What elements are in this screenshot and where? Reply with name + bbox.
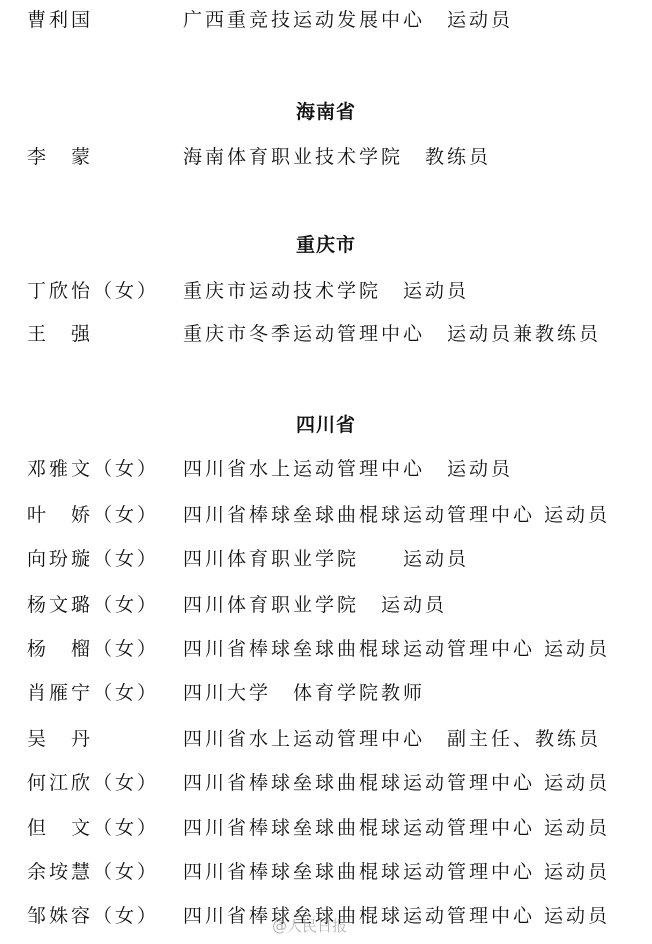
list-item: 何江欣（女） 四川省棒球垒球曲棍球运动管理中心 运动员 <box>0 768 652 798</box>
person-name: 吴 丹 <box>27 724 93 754</box>
person-org: 海南体育职业技术学院 教练员 <box>183 142 491 172</box>
list-item: 丁欣怡（女） 重庆市运动技术学院 运动员 <box>0 276 652 306</box>
person-name: 杨 榴（女） <box>27 634 159 664</box>
person-name: 曹利国 <box>27 5 93 35</box>
person-name: 王 强 <box>27 319 93 349</box>
section-heading-chongqing: 重庆市 <box>0 230 652 260</box>
person-name: 余垵慧（女） <box>27 857 159 887</box>
person-org: 四川省棒球垒球曲棍球运动管理中心 运动员 <box>183 813 610 843</box>
person-name: 肖雁宁（女） <box>27 678 159 708</box>
person-org: 四川省棒球垒球曲棍球运动管理中心 运动员 <box>183 500 610 530</box>
person-org: 四川省棒球垒球曲棍球运动管理中心 运动员 <box>183 768 610 798</box>
list-item: 余垵慧（女） 四川省棒球垒球曲棍球运动管理中心 运动员 <box>0 857 652 887</box>
list-item: 向玢璇（女） 四川体育职业学院 运动员 <box>0 544 652 574</box>
person-org: 四川大学 体育学院教师 <box>183 678 425 708</box>
person-org: 四川体育职业学院 运动员 <box>183 590 447 620</box>
list-item: 吴 丹 四川省水上运动管理中心 副主任、教练员 <box>0 724 652 754</box>
person-org: 四川省水上运动管理中心 副主任、教练员 <box>183 724 601 754</box>
list-item: 肖雁宁（女） 四川大学 体育学院教师 <box>0 678 652 708</box>
person-org: 四川省棒球垒球曲棍球运动管理中心 运动员 <box>183 634 610 664</box>
list-item: 邓雅文（女） 四川省水上运动管理中心 运动员 <box>0 454 652 484</box>
person-org: 广西重竞技运动发展中心 运动员 <box>183 5 513 35</box>
person-name: 李 蒙 <box>27 142 93 172</box>
list-item: 曹利国 广西重竞技运动发展中心 运动员 <box>0 5 652 35</box>
watermark: @人民日报 <box>272 915 347 936</box>
person-name: 向玢璇（女） <box>27 544 159 574</box>
person-name: 丁欣怡（女） <box>27 276 159 306</box>
list-item: 杨文璐（女） 四川体育职业学院 运动员 <box>0 590 652 620</box>
section-heading-sichuan: 四川省 <box>0 410 652 440</box>
person-org: 四川省棒球垒球曲棍球运动管理中心 运动员 <box>183 857 610 887</box>
list-item: 但 文（女） 四川省棒球垒球曲棍球运动管理中心 运动员 <box>0 813 652 843</box>
person-org: 四川省水上运动管理中心 运动员 <box>183 454 513 484</box>
list-item: 王 强 重庆市冬季运动管理中心 运动员兼教练员 <box>0 319 652 349</box>
person-name: 何江欣（女） <box>27 768 159 798</box>
person-name: 杨文璐（女） <box>27 590 159 620</box>
section-heading-hainan: 海南省 <box>0 97 652 127</box>
person-org: 重庆市运动技术学院 运动员 <box>183 276 469 306</box>
person-org: 四川体育职业学院 运动员 <box>183 544 469 574</box>
list-item: 李 蒙 海南体育职业技术学院 教练员 <box>0 142 652 172</box>
list-item: 杨 榴（女） 四川省棒球垒球曲棍球运动管理中心 运动员 <box>0 634 652 664</box>
person-name: 邓雅文（女） <box>27 454 159 484</box>
person-name: 叶 娇（女） <box>27 500 159 530</box>
list-item: 叶 娇（女） 四川省棒球垒球曲棍球运动管理中心 运动员 <box>0 500 652 530</box>
person-org: 重庆市冬季运动管理中心 运动员兼教练员 <box>183 319 601 349</box>
person-name: 但 文（女） <box>27 813 159 843</box>
person-org: 四川省棒球垒球曲棍球运动管理中心 运动员 <box>183 901 610 931</box>
person-name: 邹姝容（女） <box>27 901 159 931</box>
